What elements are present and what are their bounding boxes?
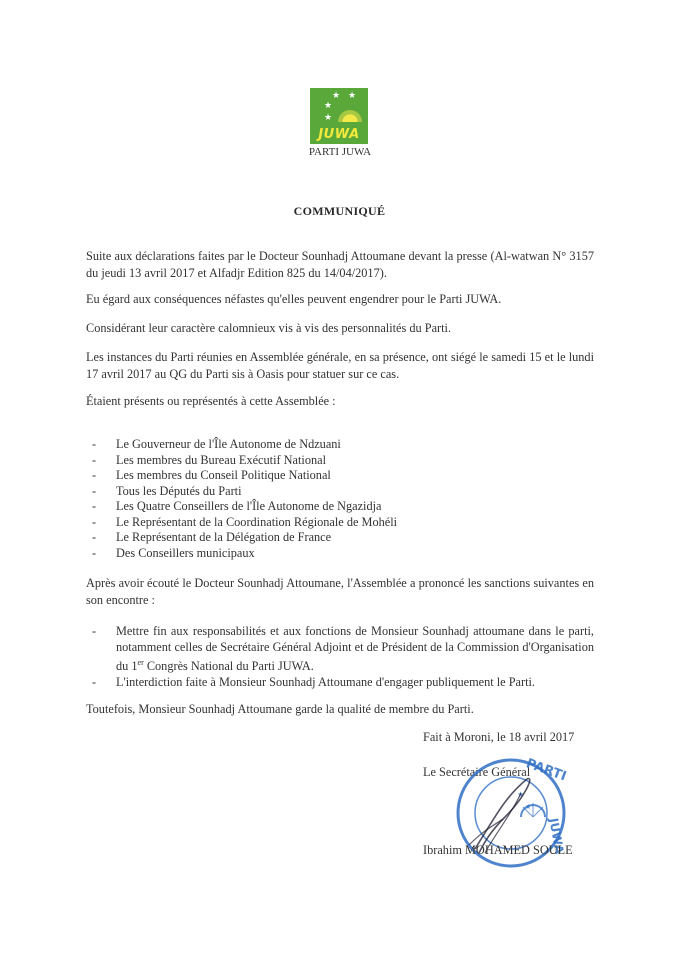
star-icon: ★ (324, 102, 332, 111)
list-item: -Le Représentant de la Délégation de Fra… (86, 530, 594, 546)
star-icon: ★ (348, 92, 356, 101)
star-icon: ★ (332, 92, 340, 101)
attendees-list: -Le Gouverneur de l'Île Autonome de Ndzu… (86, 437, 594, 561)
list-item: -Mettre fin aux responsabilités et aux f… (86, 623, 594, 674)
place-date: Fait à Moroni, le 18 avril 2017 (423, 730, 574, 745)
list-item: -Tous les Députés du Parti (86, 484, 594, 500)
list-item: -L'interdiction faite à Monsieur Sounhad… (86, 674, 594, 690)
paragraph-present-intro: Étaient présents ou représentés à cette … (86, 393, 594, 410)
juwa-logo: ★ ★ ★ ★ JUWA (310, 88, 368, 144)
sun-icon (338, 110, 362, 122)
document-page: ★ ★ ★ ★ JUWA PARTI JUWA COMMUNIQUÉ Suite… (0, 0, 679, 960)
list-item: -Le Représentant de la Coordination Régi… (86, 515, 594, 531)
list-item: -Des Conseillers municipaux (86, 546, 594, 562)
star-icon: ★ (324, 114, 332, 123)
list-item: -Les membres du Bureau Exécutif National (86, 453, 594, 469)
signatory-name: Ibrahim MOHAMED SOULE (423, 843, 573, 858)
paragraph-considering: Considérant leur caractère calomnieux vi… (86, 320, 594, 337)
sanctions-list: -Mettre fin aux responsabilités et aux f… (86, 623, 594, 690)
paragraph-however: Toutefois, Monsieur Sounhadj Attoumane g… (86, 701, 594, 718)
list-item: -Les Quatre Conseillers de l'Île Autonom… (86, 499, 594, 515)
svg-text:★: ★ (525, 803, 531, 811)
paragraph-consequences: Eu égard aux conséquences néfastes qu'el… (86, 291, 594, 308)
document-title: COMMUNIQUÉ (0, 204, 679, 219)
paragraph-after-hearing: Après avoir écouté le Docteur Sounhadj A… (86, 575, 594, 609)
logo-text: JUWA (310, 127, 368, 142)
paragraph-assembly: Les instances du Parti réunies en Assemb… (86, 349, 594, 383)
list-item: -Les membres du Conseil Politique Nation… (86, 468, 594, 484)
paragraph-intro: Suite aux déclarations faites par le Doc… (86, 248, 594, 282)
party-name: PARTI JUWA (300, 146, 380, 158)
list-item: -Le Gouverneur de l'Île Autonome de Ndzu… (86, 437, 594, 453)
